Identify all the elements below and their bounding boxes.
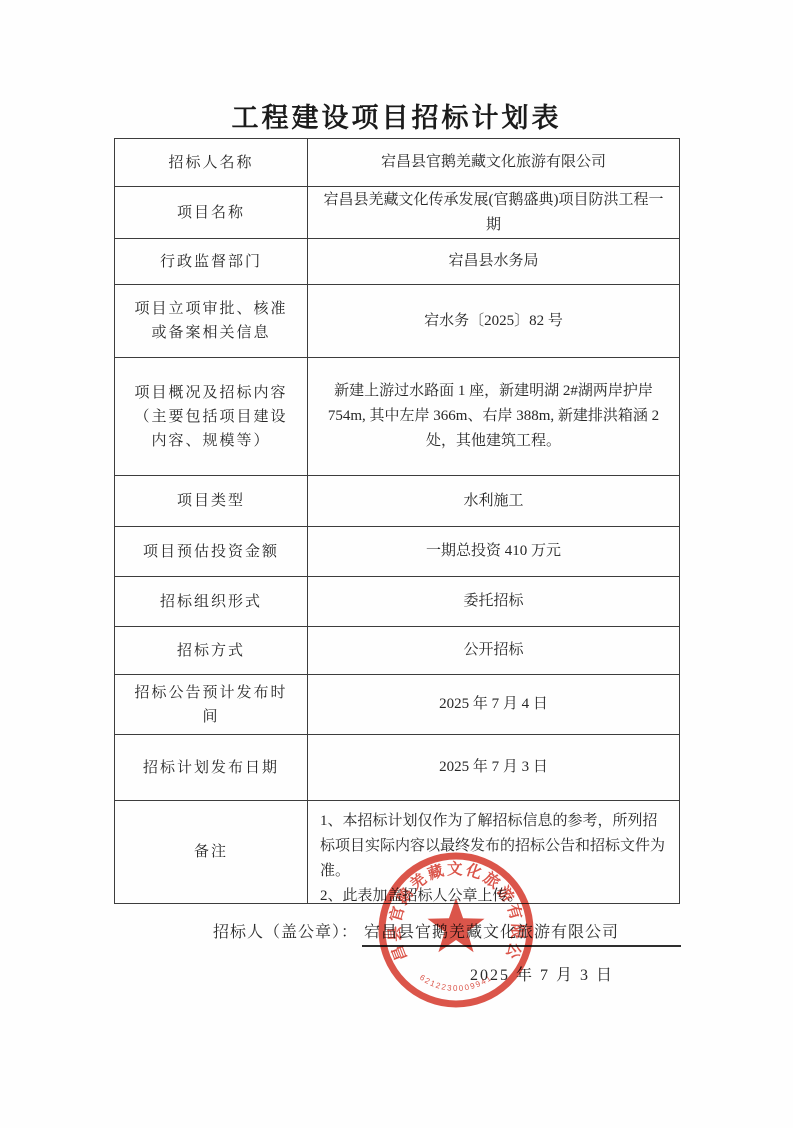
table-row: 项目立项审批、核准或备案相关信息 宕水务〔2025〕82 号 [115, 284, 679, 357]
row-label: 项目预估投资金额 [115, 527, 308, 576]
row-value: 委托招标 [308, 577, 679, 626]
row-value: 2025 年 7 月 4 日 [308, 675, 679, 734]
row-value: 公开招标 [308, 627, 679, 674]
row-label: 招标人名称 [115, 139, 308, 186]
row-label: 招标组织形式 [115, 577, 308, 626]
row-value: 宕昌县羌藏文化传承发展(官鹅盛典)项目防洪工程一期 [308, 187, 679, 238]
footer-date: 2025 年 7 月 3 日 [470, 962, 614, 985]
table-row: 项目概况及招标内容（主要包括项目建设内容、规模等） 新建上游过水路面 1 座，新… [115, 357, 679, 475]
row-label: 项目立项审批、核准或备案相关信息 [115, 285, 308, 357]
row-label: 项目名称 [115, 187, 308, 238]
table-row-remark: 备注 1、本招标计划仅作为了解招标信息的参考，所列招标项目实际内容以最终发布的招… [115, 800, 679, 903]
row-label: 招标公告预计发布时间 [115, 675, 308, 734]
signer-company-name: 宕昌县官鹅羌藏文化旅游有限公司 [362, 919, 681, 947]
row-value: 宕昌县水务局 [308, 239, 679, 284]
row-value: 水利施工 [308, 476, 679, 526]
row-value: 1、本招标计划仅作为了解招标信息的参考，所列招标项目实际内容以最终发布的招标公告… [308, 801, 679, 903]
row-value: 宕昌县官鹅羌藏文化旅游有限公司 [308, 139, 679, 186]
signer-label: 招标人（盖公章）： [213, 924, 358, 941]
table-row: 招标计划发布日期 2025 年 7 月 3 日 [115, 734, 679, 800]
row-value: 宕水务〔2025〕82 号 [308, 285, 679, 357]
row-label: 招标计划发布日期 [115, 735, 308, 800]
row-label: 项目类型 [115, 476, 308, 526]
table-row: 招标组织形式 委托招标 [115, 576, 679, 626]
signature-line: 招标人（盖公章）：宕昌县官鹅羌藏文化旅游有限公司 [213, 919, 681, 947]
row-label: 备注 [115, 801, 308, 903]
row-label: 招标方式 [115, 627, 308, 674]
table-row: 招标人名称 宕昌县官鹅羌藏文化旅游有限公司 [115, 139, 679, 186]
table-row: 招标公告预计发布时间 2025 年 7 月 4 日 [115, 674, 679, 734]
table-row: 项目类型 水利施工 [115, 475, 679, 526]
table-row: 招标方式 公开招标 [115, 626, 679, 674]
row-label: 项目概况及招标内容（主要包括项目建设内容、规模等） [115, 358, 308, 475]
table-row: 项目名称 宕昌县羌藏文化传承发展(官鹅盛典)项目防洪工程一期 [115, 186, 679, 238]
document-page: 工程建设项目招标计划表 招标人名称 宕昌县官鹅羌藏文化旅游有限公司 项目名称 宕… [0, 0, 793, 1128]
page-title: 工程建设项目招标计划表 [0, 96, 793, 135]
row-label: 行政监督部门 [115, 239, 308, 284]
table-row: 项目预估投资金额 一期总投资 410 万元 [115, 526, 679, 576]
row-value: 2025 年 7 月 3 日 [308, 735, 679, 800]
table-row: 行政监督部门 宕昌县水务局 [115, 238, 679, 284]
tender-plan-table: 招标人名称 宕昌县官鹅羌藏文化旅游有限公司 项目名称 宕昌县羌藏文化传承发展(官… [114, 138, 680, 904]
row-value: 一期总投资 410 万元 [308, 527, 679, 576]
row-value: 新建上游过水路面 1 座，新建明湖 2#湖两岸护岸754m, 其中左岸 366m… [308, 358, 679, 475]
